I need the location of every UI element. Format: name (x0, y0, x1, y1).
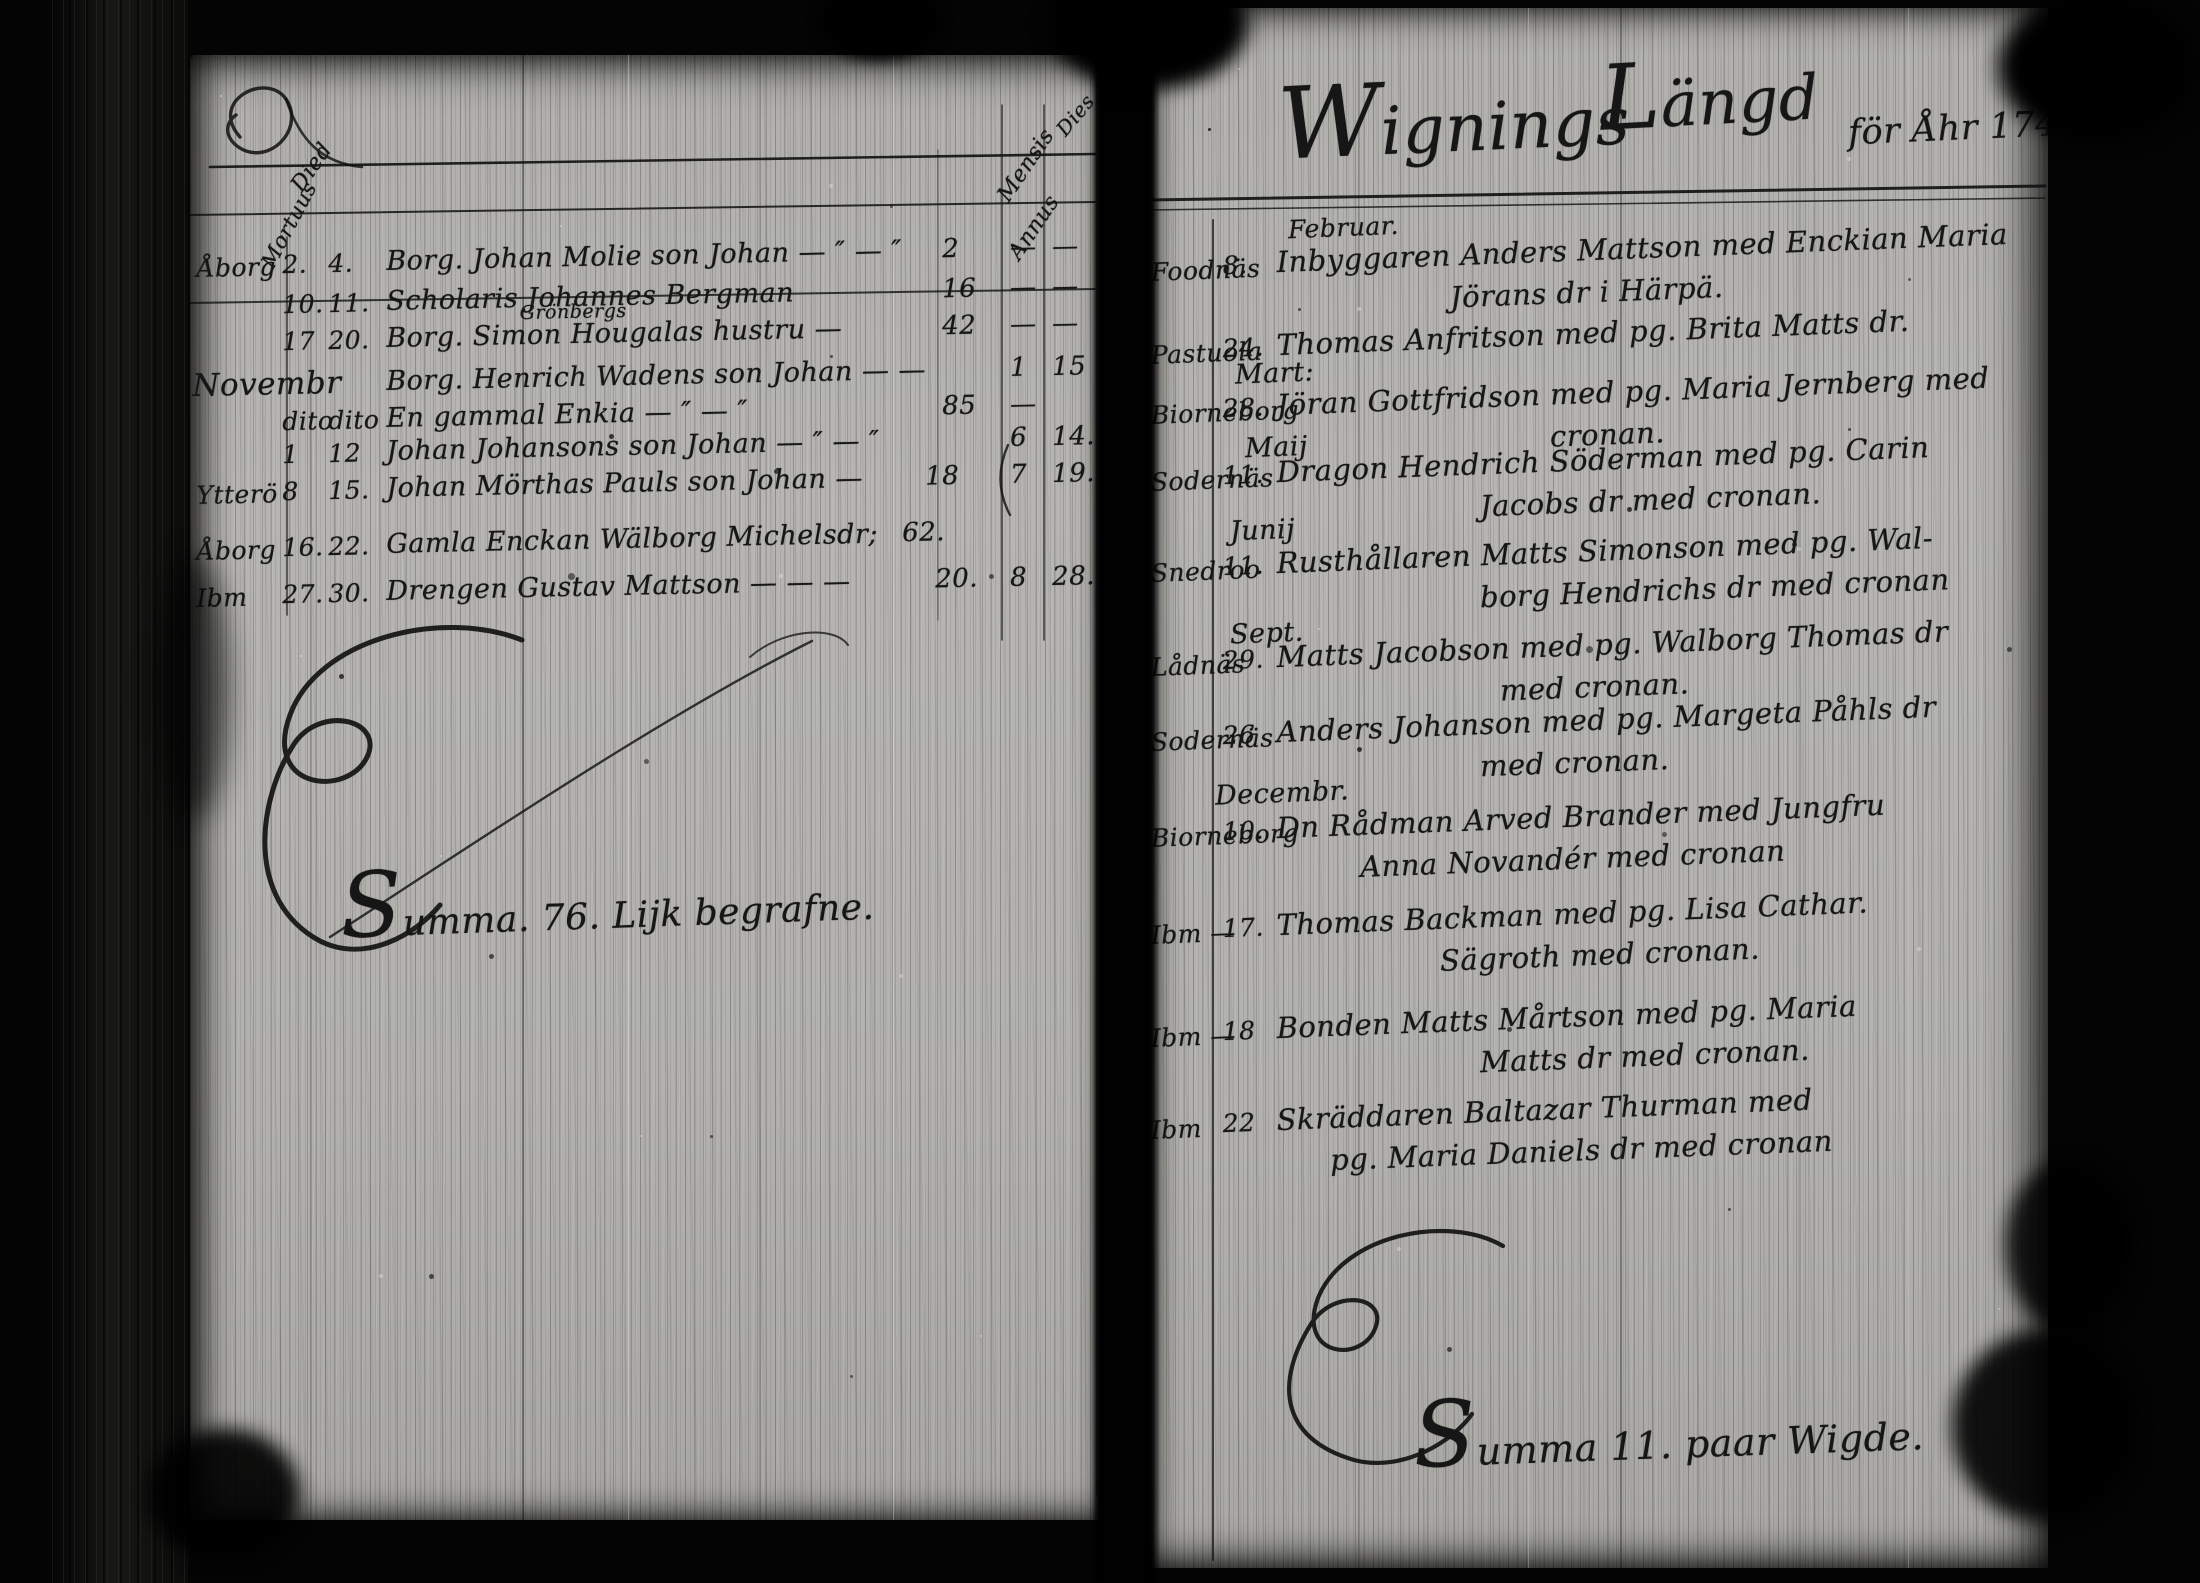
entry-col-mensis: — (1010, 272, 1037, 303)
film-specks (1208, 128, 1211, 131)
summa-line: Summa 11. paar Wigde. (1411, 1364, 1925, 1489)
entry-age: 20. (935, 564, 978, 595)
entry-col-dies: — (1052, 308, 1079, 339)
entry-place: Ibm (1150, 1114, 1202, 1145)
film-blotch (1998, 0, 2194, 140)
entry-died-day: 10. (282, 289, 324, 319)
microfilm-scan: Died Mortuus Dies Mensis Annus Åborg 2. … (0, 0, 2200, 1583)
entry-col-dies: 14. (1052, 421, 1095, 452)
entry-buried-day: 4. (328, 249, 353, 279)
entry-buried-day: 30. (328, 578, 370, 608)
summa-line: Summa. 76. Lijk begrafne. (338, 836, 875, 960)
entry-col-mensis: 1 (1010, 352, 1028, 382)
entry-day: 11. (1222, 460, 1264, 491)
entry-col-mensis: — (1010, 232, 1037, 263)
entry-day: 26 (1222, 720, 1256, 750)
entry-died-day: dito (282, 406, 334, 436)
entry-col-mensis: 6 (1010, 422, 1028, 452)
entry-col-mensis: 8 (1010, 562, 1028, 592)
entry-age: 42 (942, 311, 977, 342)
film-specks (190, 55, 193, 58)
entry-line2: Anna Novandér med cronan (1359, 834, 1785, 884)
entry-age: 16 (942, 274, 977, 305)
entry-line2: Sägroth med cronan. (1439, 932, 1760, 978)
col-header-dies: Dies (1051, 89, 1099, 140)
entry-buried-day: 15. (328, 475, 370, 505)
entry-place: Novembr (192, 365, 342, 404)
film-left-edge (52, 0, 190, 1583)
film-blotch (158, 555, 230, 820)
right-page: Wignings Längd för Åhr 1741. Februar. Ma… (1148, 8, 2048, 1568)
entry-buried-day: dito (328, 405, 380, 435)
entry-day: 22 (1222, 1108, 1256, 1138)
film-specks (220, 95, 222, 97)
entry-day: 24. (1222, 333, 1264, 364)
film-specks (1238, 68, 1240, 70)
entry-text: En gammal Enkia — ″ — ″ (386, 395, 748, 434)
film-blotch (820, 0, 940, 60)
entry-line2: Jacobs dr med cronan. (1479, 476, 1821, 523)
entry-col-dies: 19. (1052, 458, 1095, 489)
entry-place: Åborg (196, 535, 276, 566)
entry-line2: borg Hendrichs dr med cronan (1479, 562, 1950, 614)
page-gutter (1106, 0, 1144, 1583)
entry-died-day: 1 (282, 440, 299, 469)
page-title-word1: Wignings (1276, 52, 1632, 182)
entry-age: 85 (942, 391, 977, 422)
entry-col-mensis: 7 (1010, 459, 1028, 489)
entry-day: 28. (1222, 393, 1264, 424)
entry-day: 8. (1222, 250, 1248, 280)
entry-day: 29. (1222, 645, 1264, 676)
film-blotch (148, 1428, 300, 1560)
left-page: Died Mortuus Dies Mensis Annus Åborg 2. … (190, 55, 1105, 1520)
entry-place: Ytterö (196, 479, 278, 510)
entry-col-dies: — (1052, 231, 1079, 262)
entry-col-mensis: — (1010, 309, 1037, 340)
entry-died-day: 8 (282, 477, 299, 506)
entry-buried-day: 11. (328, 288, 370, 318)
entry-died-day: 2. (282, 250, 307, 280)
entry-place: Åborg (196, 252, 276, 283)
entry-col-dies: — (1052, 271, 1079, 302)
entry-day: 17. (1222, 913, 1264, 944)
entry-col-dies: 15 (1052, 351, 1087, 382)
film-blotch (1952, 1330, 2136, 1522)
page-title-word2: Längd (1597, 36, 1821, 151)
entry-day: 10. (1222, 816, 1264, 847)
film-blotch (2005, 1160, 2135, 1330)
entry-died-day: 27. (282, 579, 324, 609)
entry-line2: Jörans dr i Härpä. (1449, 270, 1724, 314)
entry-died-day: 16. (282, 532, 324, 562)
entry-died-day: 17 (282, 326, 315, 356)
entry-line2: Matts dr med cronan. (1479, 1033, 1810, 1080)
entry-line2: med cronan. (1479, 742, 1670, 783)
entry-buried-day: 20. (328, 325, 370, 355)
entry-day: 11. (1222, 551, 1264, 582)
entry-age: 18 (925, 461, 960, 492)
entry-age: 62. (902, 517, 945, 548)
entry-text: Borg. Johan Molie son Johan — ″ — ″ (386, 235, 902, 277)
entry-age: 2 (942, 234, 960, 264)
entry-day: 18 (1222, 1016, 1256, 1046)
entry-col-dies: 28. (1052, 561, 1095, 592)
entry-buried-day: 12 (328, 438, 361, 468)
entry-buried-day: 22. (328, 531, 370, 561)
month-label: Februar. (1287, 211, 1399, 244)
entry-col-mensis: — (1010, 389, 1037, 420)
entry-text: Gamla Enckan Wälborg Michelsdr; (386, 519, 878, 560)
